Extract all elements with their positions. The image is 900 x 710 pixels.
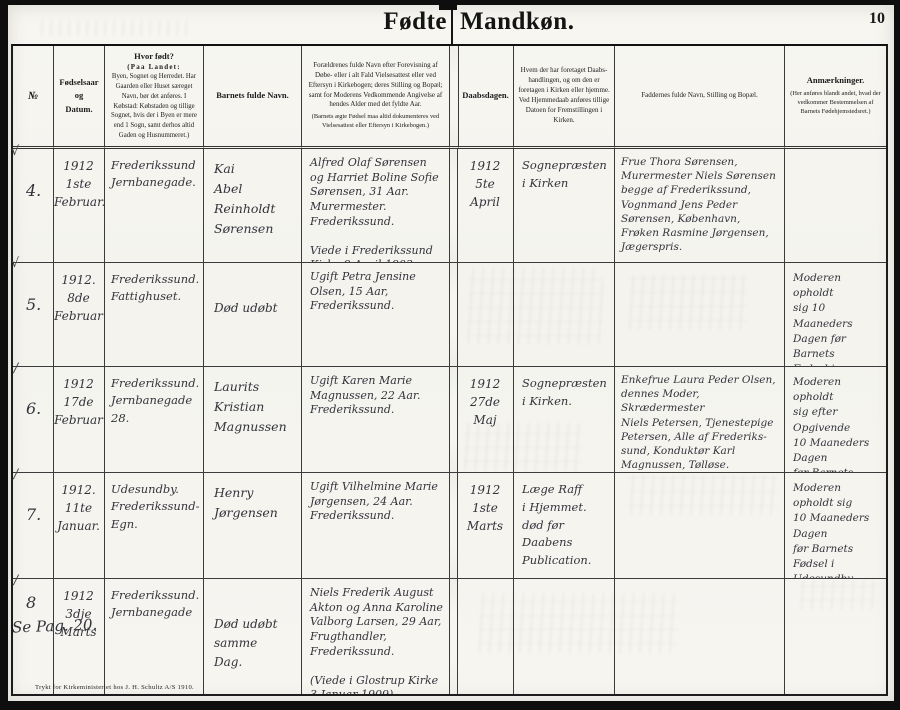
page-number: 10 bbox=[869, 10, 885, 28]
birth-date: 1912. 11te Januar. bbox=[54, 473, 105, 579]
sponsors: Enkefrue Laura Peder Olsen, dennes Moder… bbox=[615, 367, 785, 473]
register-table: № Fødselsaar og Datum. Hvor født? (Paa L… bbox=[11, 44, 888, 696]
remarks bbox=[785, 149, 886, 263]
book-fold-shadow bbox=[439, 5, 457, 10]
birth-date: 1912. 8de Februar bbox=[54, 263, 105, 367]
birth-place: Frederikssund. Jernbanegade 28. bbox=[105, 367, 204, 473]
birth-date: 1912 17de Februar bbox=[54, 367, 105, 473]
header-remarks: Anmærkninger. (Her anføres blandt andet,… bbox=[785, 46, 886, 149]
header-child-name: Barnets fulde Navn. bbox=[204, 46, 302, 149]
parents: Niels Frederik August Akton og Anna Karo… bbox=[302, 579, 450, 694]
child-name: Død udøbt bbox=[204, 263, 302, 367]
child-name: Henry Jørgensen bbox=[204, 473, 302, 579]
book-fold-line bbox=[451, 5, 453, 44]
baptism-date: 1912 5te April bbox=[458, 149, 514, 263]
header-no: № bbox=[13, 46, 54, 149]
see-page-note: Se Pag. 20. bbox=[12, 616, 98, 637]
row-number: 6. bbox=[13, 367, 54, 473]
birth-place: Frederikssund Jernbanegade. bbox=[105, 149, 204, 263]
baptism-performed-by: Læge Raff i Hjemmet. død før Daabens Pub… bbox=[514, 473, 615, 579]
printer-imprint: Trykt for Kirkeministeriet hos J. H. Sch… bbox=[35, 684, 194, 691]
header-baptism-day: Daabsdagen. bbox=[458, 46, 514, 149]
remarks: Moderen opholdt sig 10 Maaneders Dagen f… bbox=[785, 473, 886, 579]
fold-gap bbox=[450, 579, 458, 694]
header-where-born: Hvor født? (Paa Landet: Byen, Sognet og … bbox=[105, 46, 204, 149]
header-parents-main: Forældrenes fulde Navn efter Forevisning… bbox=[306, 61, 445, 111]
header-where-lead: (Paa Landet: bbox=[109, 63, 199, 71]
baptism-performed-by: Sognepræsten i Kirken bbox=[514, 149, 615, 263]
margin-checkmark: / bbox=[9, 467, 23, 482]
ink-bleed bbox=[798, 580, 878, 610]
row-number: 7. bbox=[13, 473, 54, 579]
ink-bleed bbox=[463, 423, 583, 471]
header-birthdate: Fødselsaar og Datum. bbox=[54, 46, 105, 149]
baptism-date: 1912 1ste Marts bbox=[458, 473, 514, 579]
ink-bleed bbox=[478, 593, 678, 653]
fold-gap bbox=[450, 263, 458, 367]
page-title-left: Fødte bbox=[383, 8, 447, 36]
ink-bleed bbox=[628, 475, 778, 515]
header-birthdate-label: Fødselsaar og Datum. bbox=[58, 76, 100, 117]
header-parents: Forældrenes fulde Navn efter Forevisning… bbox=[302, 46, 450, 149]
page-title: Fødte Mandkøn. 10 bbox=[8, 5, 894, 44]
fold-gap bbox=[450, 367, 458, 473]
ink-bleed bbox=[628, 275, 748, 330]
page-title-right: Mandkøn. bbox=[460, 8, 574, 36]
remarks: Moderen opholdt sig efter Opgivende 10 M… bbox=[785, 367, 886, 473]
child-name: Kai Abel Reinholdt Sørensen bbox=[204, 149, 302, 263]
parents: Ugift Karen Marie Magnussen, 22 Aar. Fre… bbox=[302, 367, 450, 473]
row-number: 5. bbox=[13, 263, 54, 367]
birth-date: 1912 3dje Marts bbox=[54, 579, 105, 694]
header-sponsors: Faddernes fulde Navn, Stilling og Bopæl. bbox=[615, 46, 785, 149]
header-child-label: Barnets fulde Navn. bbox=[208, 90, 297, 100]
fold-gap bbox=[450, 473, 458, 579]
ink-bleed bbox=[468, 267, 603, 345]
header-baptism-label: Daabsdagen. bbox=[462, 90, 509, 100]
birth-date: 1912 1ste Februar. bbox=[54, 149, 105, 263]
birth-place: Udesundby. Frederikssund- Egn. bbox=[105, 473, 204, 579]
parents: Ugift Vilhelmine Marie Jørgensen, 24 Aar… bbox=[302, 473, 450, 579]
header-sponsors-label: Faddernes fulde Navn, Stilling og Bopæl. bbox=[619, 91, 780, 101]
header-where-body: Byen, Sognet og Herredet. Har Gaarden el… bbox=[109, 72, 199, 141]
sponsors: Frue Thora Sørensen, Murermester Niels S… bbox=[615, 149, 785, 263]
header-remarks-note: (Her anføres blandt andet, hvad der vedk… bbox=[789, 90, 882, 117]
child-name: Død udøbt samme Dag. bbox=[204, 579, 302, 694]
fold-gap bbox=[450, 149, 458, 263]
child-name: Laurits Kristian Magnussen bbox=[204, 367, 302, 473]
birth-place: Frederikssund. Jernbanegade bbox=[105, 579, 204, 694]
parents: Ugift Petra Jensine Olsen, 15 Aar, Frede… bbox=[302, 263, 450, 367]
header-parents-note: (Barnets ægte Fødsel maa altid dokumente… bbox=[306, 113, 445, 131]
row-number: 8 bbox=[13, 579, 54, 694]
margin-checkmark: / bbox=[9, 573, 23, 588]
margin-checkmark: / bbox=[9, 361, 23, 376]
remarks: Moderen opholdt sig 10 Maaneders Dagen f… bbox=[785, 263, 886, 367]
header-where-title: Hvor født? bbox=[109, 51, 199, 61]
margin-checkmark: √ bbox=[8, 144, 22, 159]
margin-checkmark: √ bbox=[8, 256, 22, 271]
register-page-scan: Fødte Mandkøn. 10 № Fødselsaar og Datum.… bbox=[8, 5, 894, 701]
header-performed-label: Hvem der har foretaget Daabs­handlingen,… bbox=[518, 66, 610, 126]
parents: Alfred Olaf Sørensen og Harriet Boline S… bbox=[302, 149, 450, 263]
header-performed-by: Hvem der har foretaget Daabs­handlingen,… bbox=[514, 46, 615, 149]
row-number: 4. bbox=[13, 149, 54, 263]
ink-bleed bbox=[38, 21, 188, 35]
birth-place: Frederikssund. Fattighuset. bbox=[105, 263, 204, 367]
header-remarks-title: Anmærkninger. bbox=[789, 75, 882, 85]
header-no-symbol: № bbox=[17, 90, 49, 102]
